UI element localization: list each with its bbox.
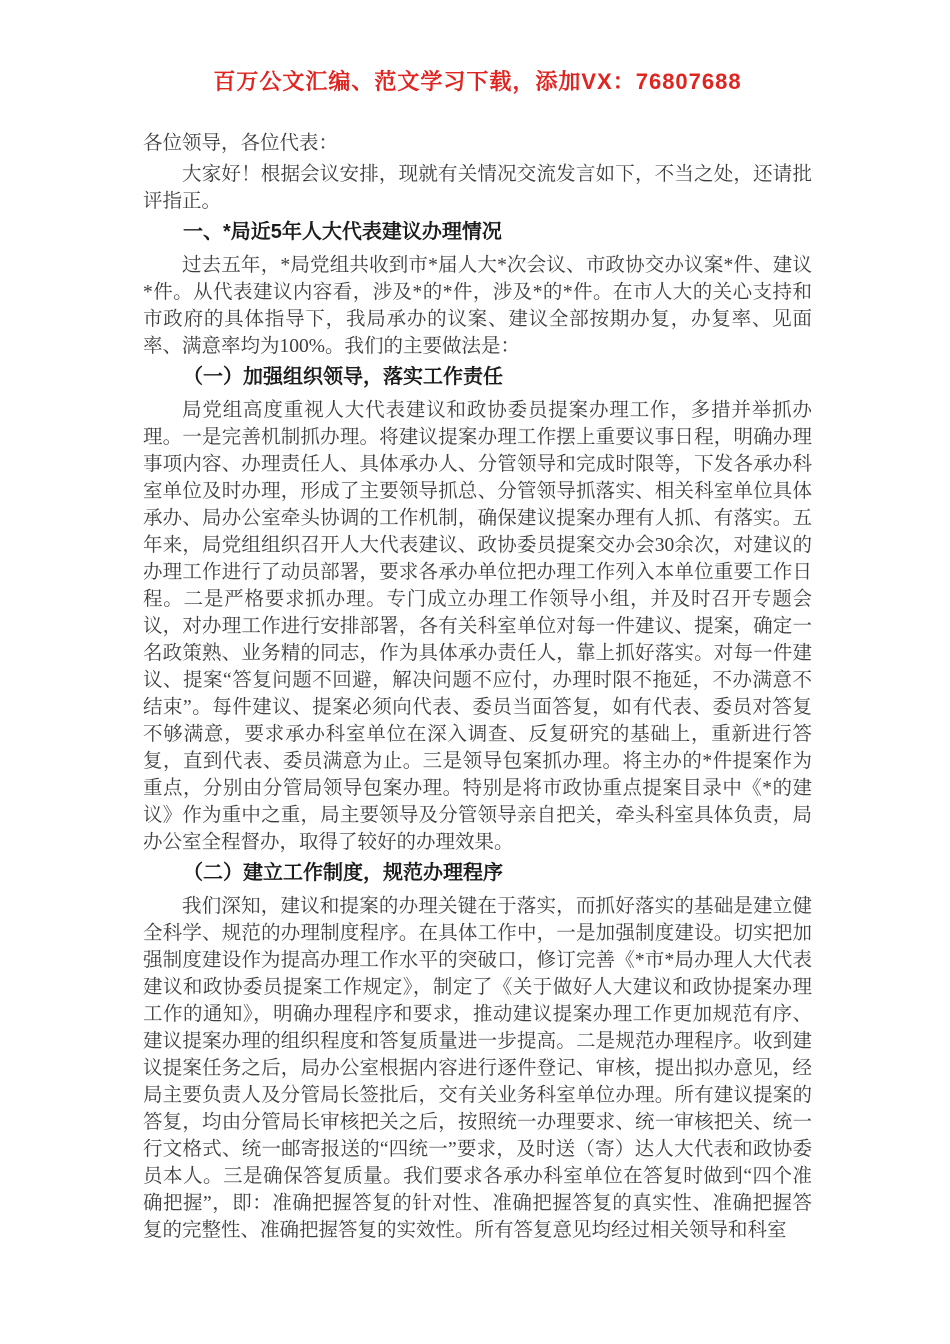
promo-banner: 百万公文汇编、范文学习下载，添加VX：76807688: [143, 68, 812, 96]
section-1-intro-paragraph: 过去五年，*局党组共收到市*届人大*次会议、市政协交办议案*件、建议*件。从代表…: [143, 252, 812, 360]
section-1-heading: 一、*局近5年人大代表建议办理情况: [143, 219, 812, 246]
subsection-1-heading: （一）加强组织领导，落实工作责任: [143, 364, 812, 391]
subsection-2-heading: （二）建立工作制度，规范办理程序: [143, 860, 812, 887]
salutation-line: 各位领导，各位代表：: [143, 130, 812, 157]
subsection-2-paragraph: 我们深知，建议和提案的办理关键在于落实，而抓好落实的基础是建立健全科学、规范的办…: [143, 893, 812, 1244]
document-body: 各位领导，各位代表： 大家好！根据会议安排，现就有关情况交流发言如下，不当之处，…: [143, 130, 812, 1244]
subsection-1-paragraph: 局党组高度重视人大代表建议和政协委员提案办理工作，多措并举抓办理。一是完善机制抓…: [143, 397, 812, 856]
opening-paragraph: 大家好！根据会议安排，现就有关情况交流发言如下，不当之处，还请批评指正。: [143, 161, 812, 215]
document-page: 百万公文汇编、范文学习下载，添加VX：76807688 各位领导，各位代表： 大…: [0, 0, 950, 1344]
